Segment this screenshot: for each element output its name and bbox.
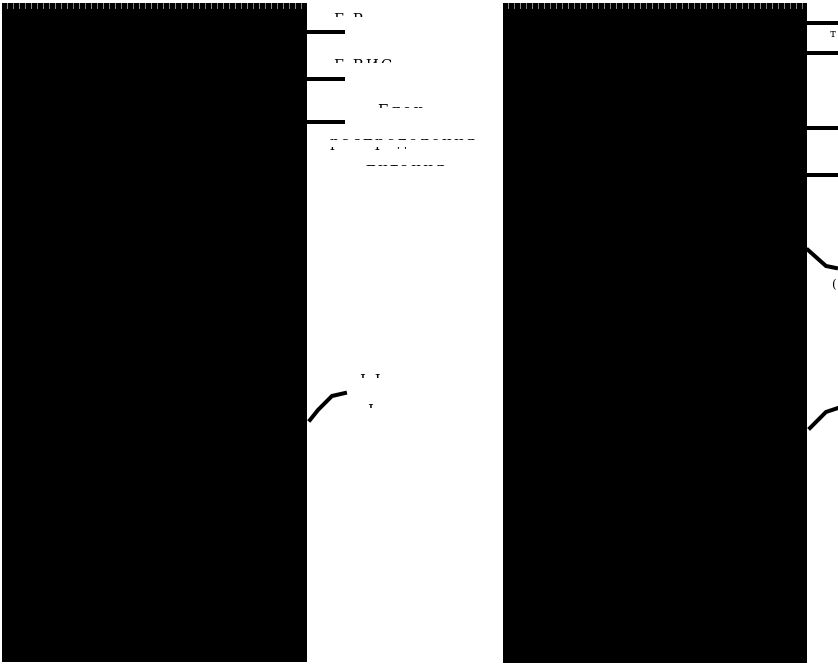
callout-label-3a: Блок [378,103,425,118]
right-callout-fragment-2: ( [832,278,838,290]
callout-label-3b: распределения [330,135,477,150]
callout-leader-lines [0,0,838,665]
callout-label-1: Г Р [334,12,365,27]
callout-label-4b: І [368,403,376,418]
callout-label-4a: І І [360,373,383,388]
callout-label-3c: питания [366,161,447,176]
right-callout-fragment-1: т [830,28,838,39]
leader-line-4 [310,393,345,420]
leader-line-10 [810,408,838,428]
callout-label-2: Г ВИС [334,58,394,73]
leader-line-9 [808,250,836,268]
